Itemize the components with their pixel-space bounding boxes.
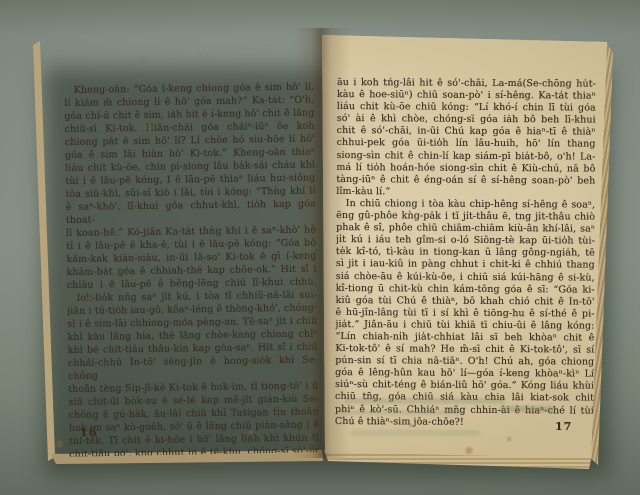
right-page-text: āu i koh tńg-lâi hit ê só'-chāi, La-má(S…: [335, 77, 596, 429]
left-page-number: 16: [80, 426, 97, 439]
foxing-spot: [506, 436, 512, 442]
foxing-spot: [464, 446, 474, 455]
text-line: ê saⁿ-khò', lī-khui góa chhut-khì, tio̍h…: [66, 197, 316, 226]
foxing-spot: [55, 440, 64, 448]
book-scan-scene: Kheng-oān: “Góa í-keng chiong góa ê sim …: [0, 0, 640, 495]
show-through-text: [350, 430, 480, 436]
text-line: siong-sìn chit ê chin-lí kap siám-pī bia…: [336, 150, 595, 164]
right-page-number: 17: [555, 420, 572, 433]
text-line: sì ji̍t i iau-kiû in pàng chhut i chit-k…: [336, 258, 595, 272]
text-line: chhái-chhú Ìn-tō' sèng-jîn ê hong-sio̍k …: [68, 353, 318, 382]
foxing-spot: [198, 52, 203, 56]
text-line: chiū tn̄g, góa chiū siá kàu chia lâi kia…: [335, 391, 594, 405]
left-page-text: Kheng-oān: “Góa í-keng chiong góa ê sim …: [64, 81, 319, 461]
foxing-spot: [136, 57, 147, 66]
text-line: siá chòe-āu ê kúi-kù-ōe, i chiū siá kúi-…: [336, 270, 595, 284]
text-line: kî-tiong ū chit-kù chin kám-tōng góa ê s…: [336, 283, 595, 297]
text-line: phiⁿ ê kò'-sū. Chhiáⁿ mn̄g chhin-ài ê hi…: [335, 404, 594, 418]
text-line: chhui-pek góa ūi-tio̍h lín lâu-huih, hō'…: [337, 137, 596, 151]
